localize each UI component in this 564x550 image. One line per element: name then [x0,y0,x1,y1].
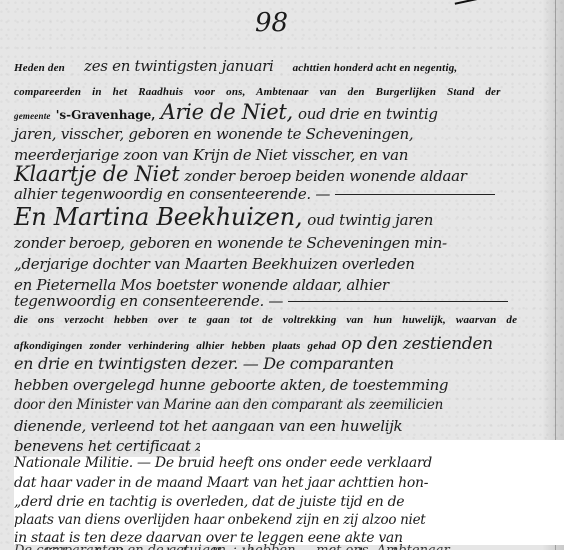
record-line: jaren, visscher, geboren en wonende te S… [14,125,413,143]
document-page: 98 Heden den zes en twintigsten januari … [0,0,564,550]
handwritten-text: op den zestienden [341,334,493,354]
printed-text: Heden den [14,62,65,74]
handwritten-text: oud drie en twintig [298,105,438,123]
municipality-name: 's-Gravenhage, [56,108,156,122]
handwritten-text: zes en twintigsten januari [84,57,273,75]
handwritten-text: alhier tegenwoordig en consenteerende. — [14,185,330,203]
record-line: En Martina Beekhuizen, oud twintig jaren [14,203,433,231]
record-line: compareerden in het Raadhuis voor ons, A… [14,80,501,99]
fill-rule [335,194,495,195]
record-line: zonder beroep, geboren en wonende te Sch… [14,234,447,252]
printed-text: afkondigingen zonder verhindering alhier… [14,340,336,352]
handwritten-text: oud twintig jaren [307,211,433,229]
fill-rule [288,301,508,302]
bride-name: En Martina Beekhuizen, [14,203,302,231]
record-line: hebben overgelegd hunne geboorte akten, … [14,376,448,394]
page-number: 98 [255,8,288,38]
record-line: en drie en twintigsten dezer. — De compa… [14,354,394,373]
record-line: Heden den zes en twintigsten januari ach… [14,56,457,75]
groom-mother-name: Klaartje de Niet [14,162,179,186]
record-line: „derd drie en tachtig is overleden, dat … [14,494,404,510]
record-line: die ons verzocht hebben over te gaan tot… [14,308,517,327]
printed-text: gemeente [14,111,51,121]
record-line: Klaartje de Niet zonder beroep beiden wo… [14,162,467,186]
record-line: dat haar vader in de maand Maart van het… [14,475,428,491]
record-line: Nationale Militie. — De bruid heeft ons … [14,455,432,471]
record-line: gemeente 's-Gravenhage, Arie de Niet, ou… [14,100,438,124]
printed-text: achttien honderd acht en negentig, [293,62,458,74]
printed-text: die ons verzocht hebben over te gaan tot… [14,314,517,326]
record-line: dienende, verleend tot het aangaan van e… [14,417,402,435]
record-line: afkondigingen zonder verhindering alhier… [14,334,493,354]
handwritten-text: zonder beroep beiden wonende aldaar [184,167,466,185]
record-line: „derjarige dochter van Maarten Beekhuize… [14,255,415,273]
printed-text: compareerden in het Raadhuis voor ons, A… [14,86,501,98]
ink-stroke [455,0,482,9]
groom-name: Arie de Niet, [161,100,293,124]
record-line: alhier tegenwoordig en consenteerende. — [14,184,495,203]
record-line: door den Minister van Marine aan den com… [14,397,443,413]
cut-off-text: De comparanten en de getuigen ... hebben… [14,543,466,550]
record-line: plaats van diens overlijden haar onbeken… [14,512,425,528]
